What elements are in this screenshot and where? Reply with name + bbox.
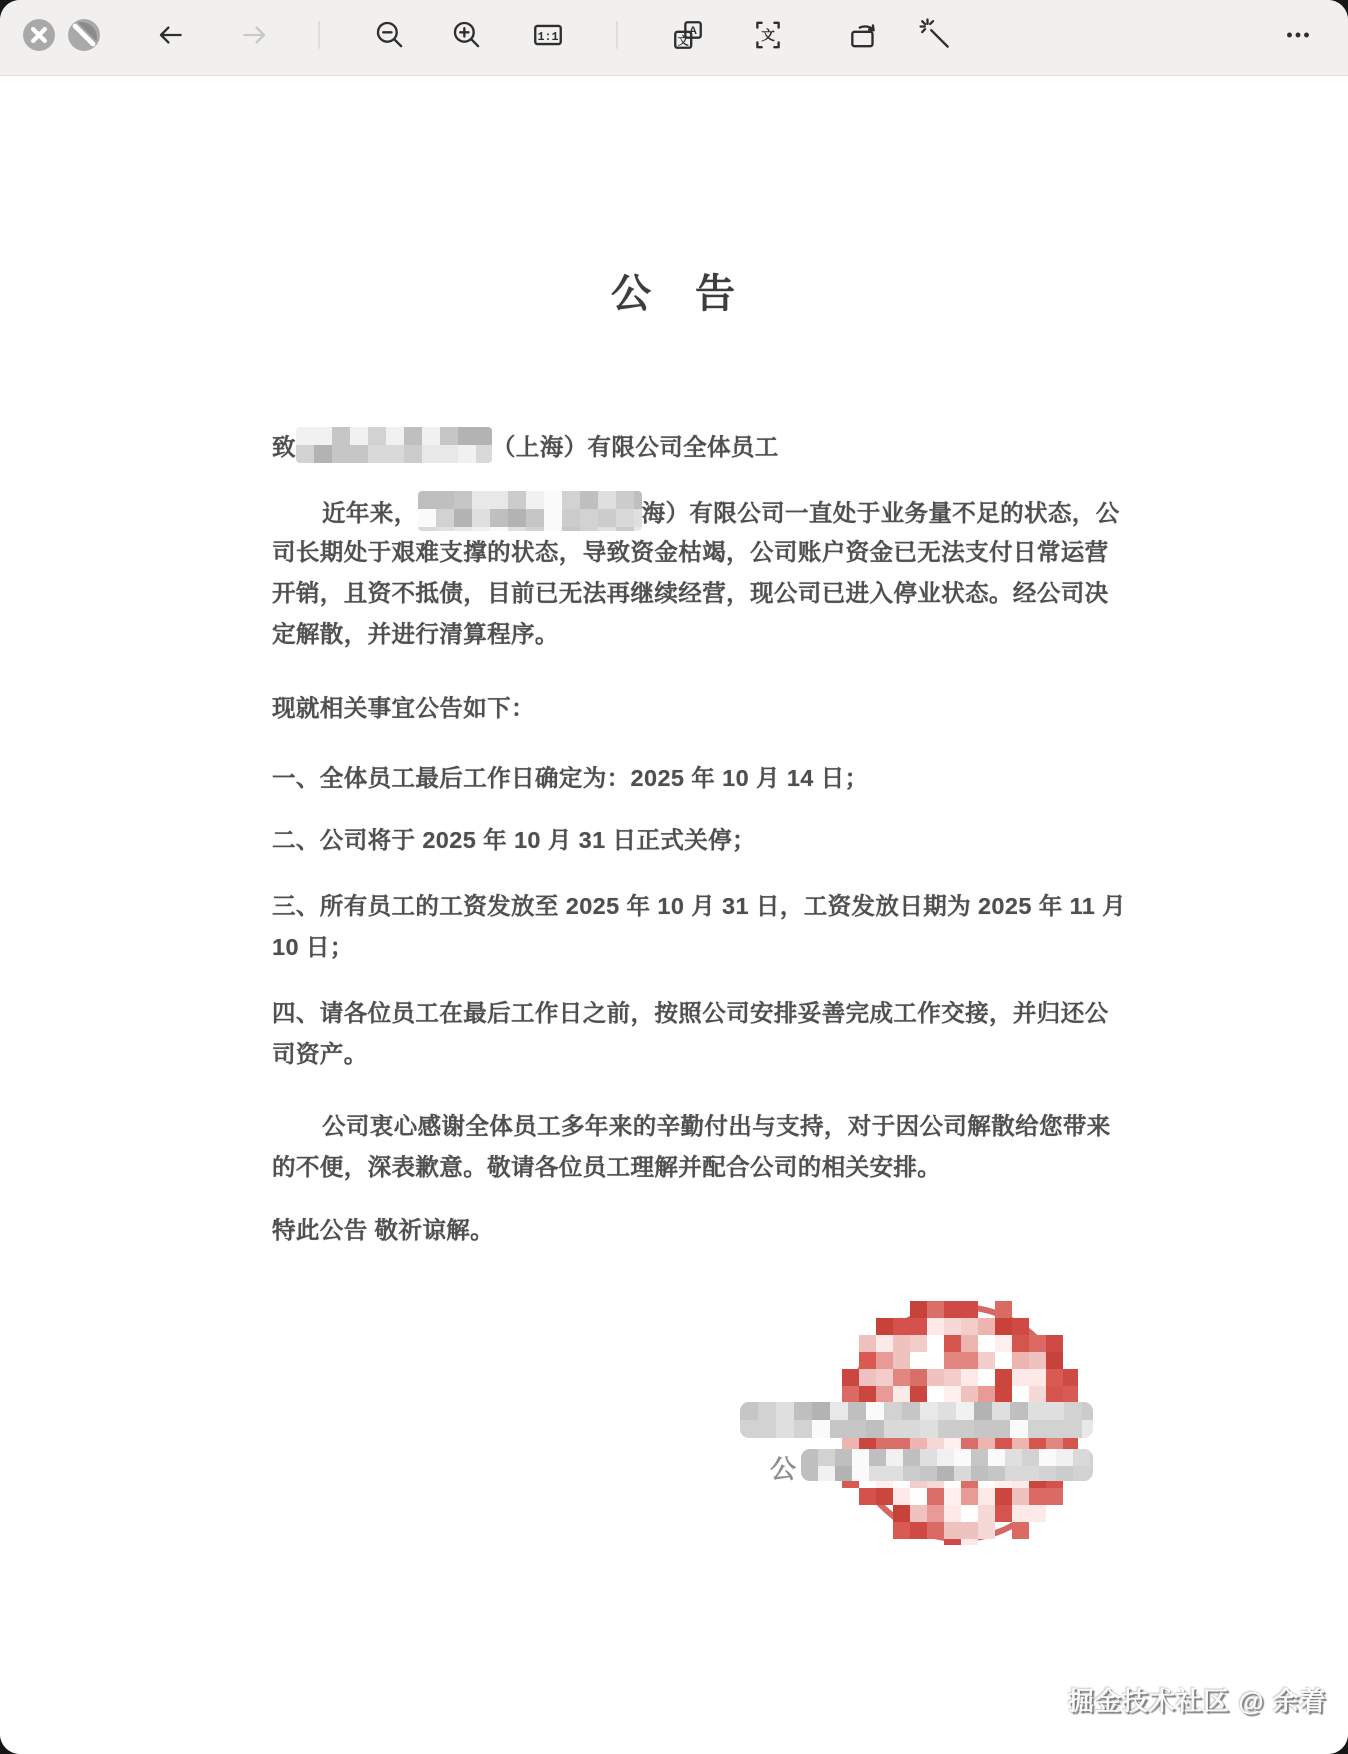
back-button[interactable]: [153, 18, 187, 52]
forward-button[interactable]: [238, 18, 272, 52]
image-viewer-window: 1:1 A 文 文: [0, 0, 1348, 1754]
forward-arrow-icon: [238, 18, 272, 52]
svg-text:文: 文: [761, 27, 775, 44]
block-button[interactable]: [67, 18, 101, 52]
zoom-out-icon: [373, 18, 407, 52]
svg-text:文: 文: [678, 34, 690, 48]
item-3-line1: 三、所有员工的工资发放至 2025 年 10 月 31 日，工资发放日期为 20…: [272, 887, 1126, 921]
magic-wand-button[interactable]: [919, 18, 953, 52]
zoom-in-button[interactable]: [450, 18, 484, 52]
rotate-icon: [847, 18, 881, 52]
signature-line2-visible-char: 公: [770, 1449, 796, 1486]
doc-title: 公 告: [0, 262, 1348, 319]
paragraph1-line1: 近年来，海）有限公司一直处于业务量不足的状态，公: [322, 491, 1120, 531]
ocr-text-scan-icon: 文: [751, 18, 785, 52]
actual-size-button[interactable]: 1:1: [531, 18, 565, 52]
translate-button[interactable]: A 文: [671, 18, 705, 52]
more-dots-icon: [1281, 18, 1315, 52]
document-page: 公 告 致（上海）有限公司全体员工 近年来，海）有限公司一直处于业务量不足的状态…: [0, 75, 1348, 1754]
zoom-out-button[interactable]: [373, 18, 407, 52]
zoom-in-icon: [450, 18, 484, 52]
magic-wand-icon: [919, 18, 953, 52]
item-1: 一、全体员工最后工作日确定为：2025 年 10 月 14 日；: [272, 759, 869, 793]
intro-line: 现就相关事宜公告如下：: [272, 689, 535, 723]
toolbar-divider: [616, 21, 618, 49]
thanks-line2: 的不便，深表歉意。敬请各位员工理解并配合公司的相关安排。: [272, 1148, 941, 1182]
toolbar-divider: [318, 21, 320, 49]
more-options-button[interactable]: [1281, 18, 1315, 52]
viewer-toolbar: 1:1 A 文 文: [0, 0, 1348, 76]
redacted-signature-line1: [740, 1402, 1093, 1438]
item-4-line1: 四、请各位员工在最后工作日之前，按照公司安排妥善完成工作交接，并归还公: [272, 994, 1109, 1028]
redacted-company-name: [296, 427, 492, 463]
closing-line: 特此公告 敬祈谅解。: [272, 1211, 494, 1245]
ocr-text-scan-button[interactable]: 文: [751, 18, 785, 52]
rotate-button[interactable]: [847, 18, 881, 52]
salutation-line: 致（上海）有限公司全体员工: [272, 427, 779, 463]
thanks-line1: 公司衷心感谢全体员工多年来的辛勤付出与支持，对于因公司解散给您带来: [322, 1107, 1111, 1141]
watermark: 掘金技术社区 @ 余着: [1068, 1681, 1327, 1718]
p1-post-text: 海）有限公司一直处于业务量不足的状态，公: [642, 500, 1120, 526]
item-2: 二、公司将于 2025 年 10 月 31 日正式关停；: [272, 821, 756, 855]
translate-icon: A 文: [671, 18, 705, 52]
close-icon: [22, 18, 56, 52]
item-4-line2: 司资产。: [272, 1035, 368, 1069]
back-arrow-icon: [153, 18, 187, 52]
item-3-line2: 10 日；: [272, 928, 354, 962]
redacted-signature-line2: [801, 1449, 1093, 1481]
block-icon: [67, 18, 101, 52]
close-button[interactable]: [22, 18, 56, 52]
paragraph1-line2: 司长期处于艰难支撑的状态，导致资金枯竭，公司账户资金已无法支付日常运营: [272, 533, 1109, 567]
salutation-prefix: 致: [272, 434, 296, 460]
paragraph1-line4: 定解散，并进行清算程序。: [272, 615, 559, 649]
p1-pre-text: 近年来，: [322, 500, 418, 526]
redacted-company-name: [418, 491, 642, 531]
svg-text:1:1: 1:1: [537, 30, 558, 44]
actual-size-icon: 1:1: [531, 18, 565, 52]
paragraph1-line3: 开销，且资不抵债，目前已无法再继续经营，现公司已进入停业状态。经公司决: [272, 574, 1109, 608]
salutation-suffix: （上海）有限公司全体员工: [492, 434, 779, 460]
